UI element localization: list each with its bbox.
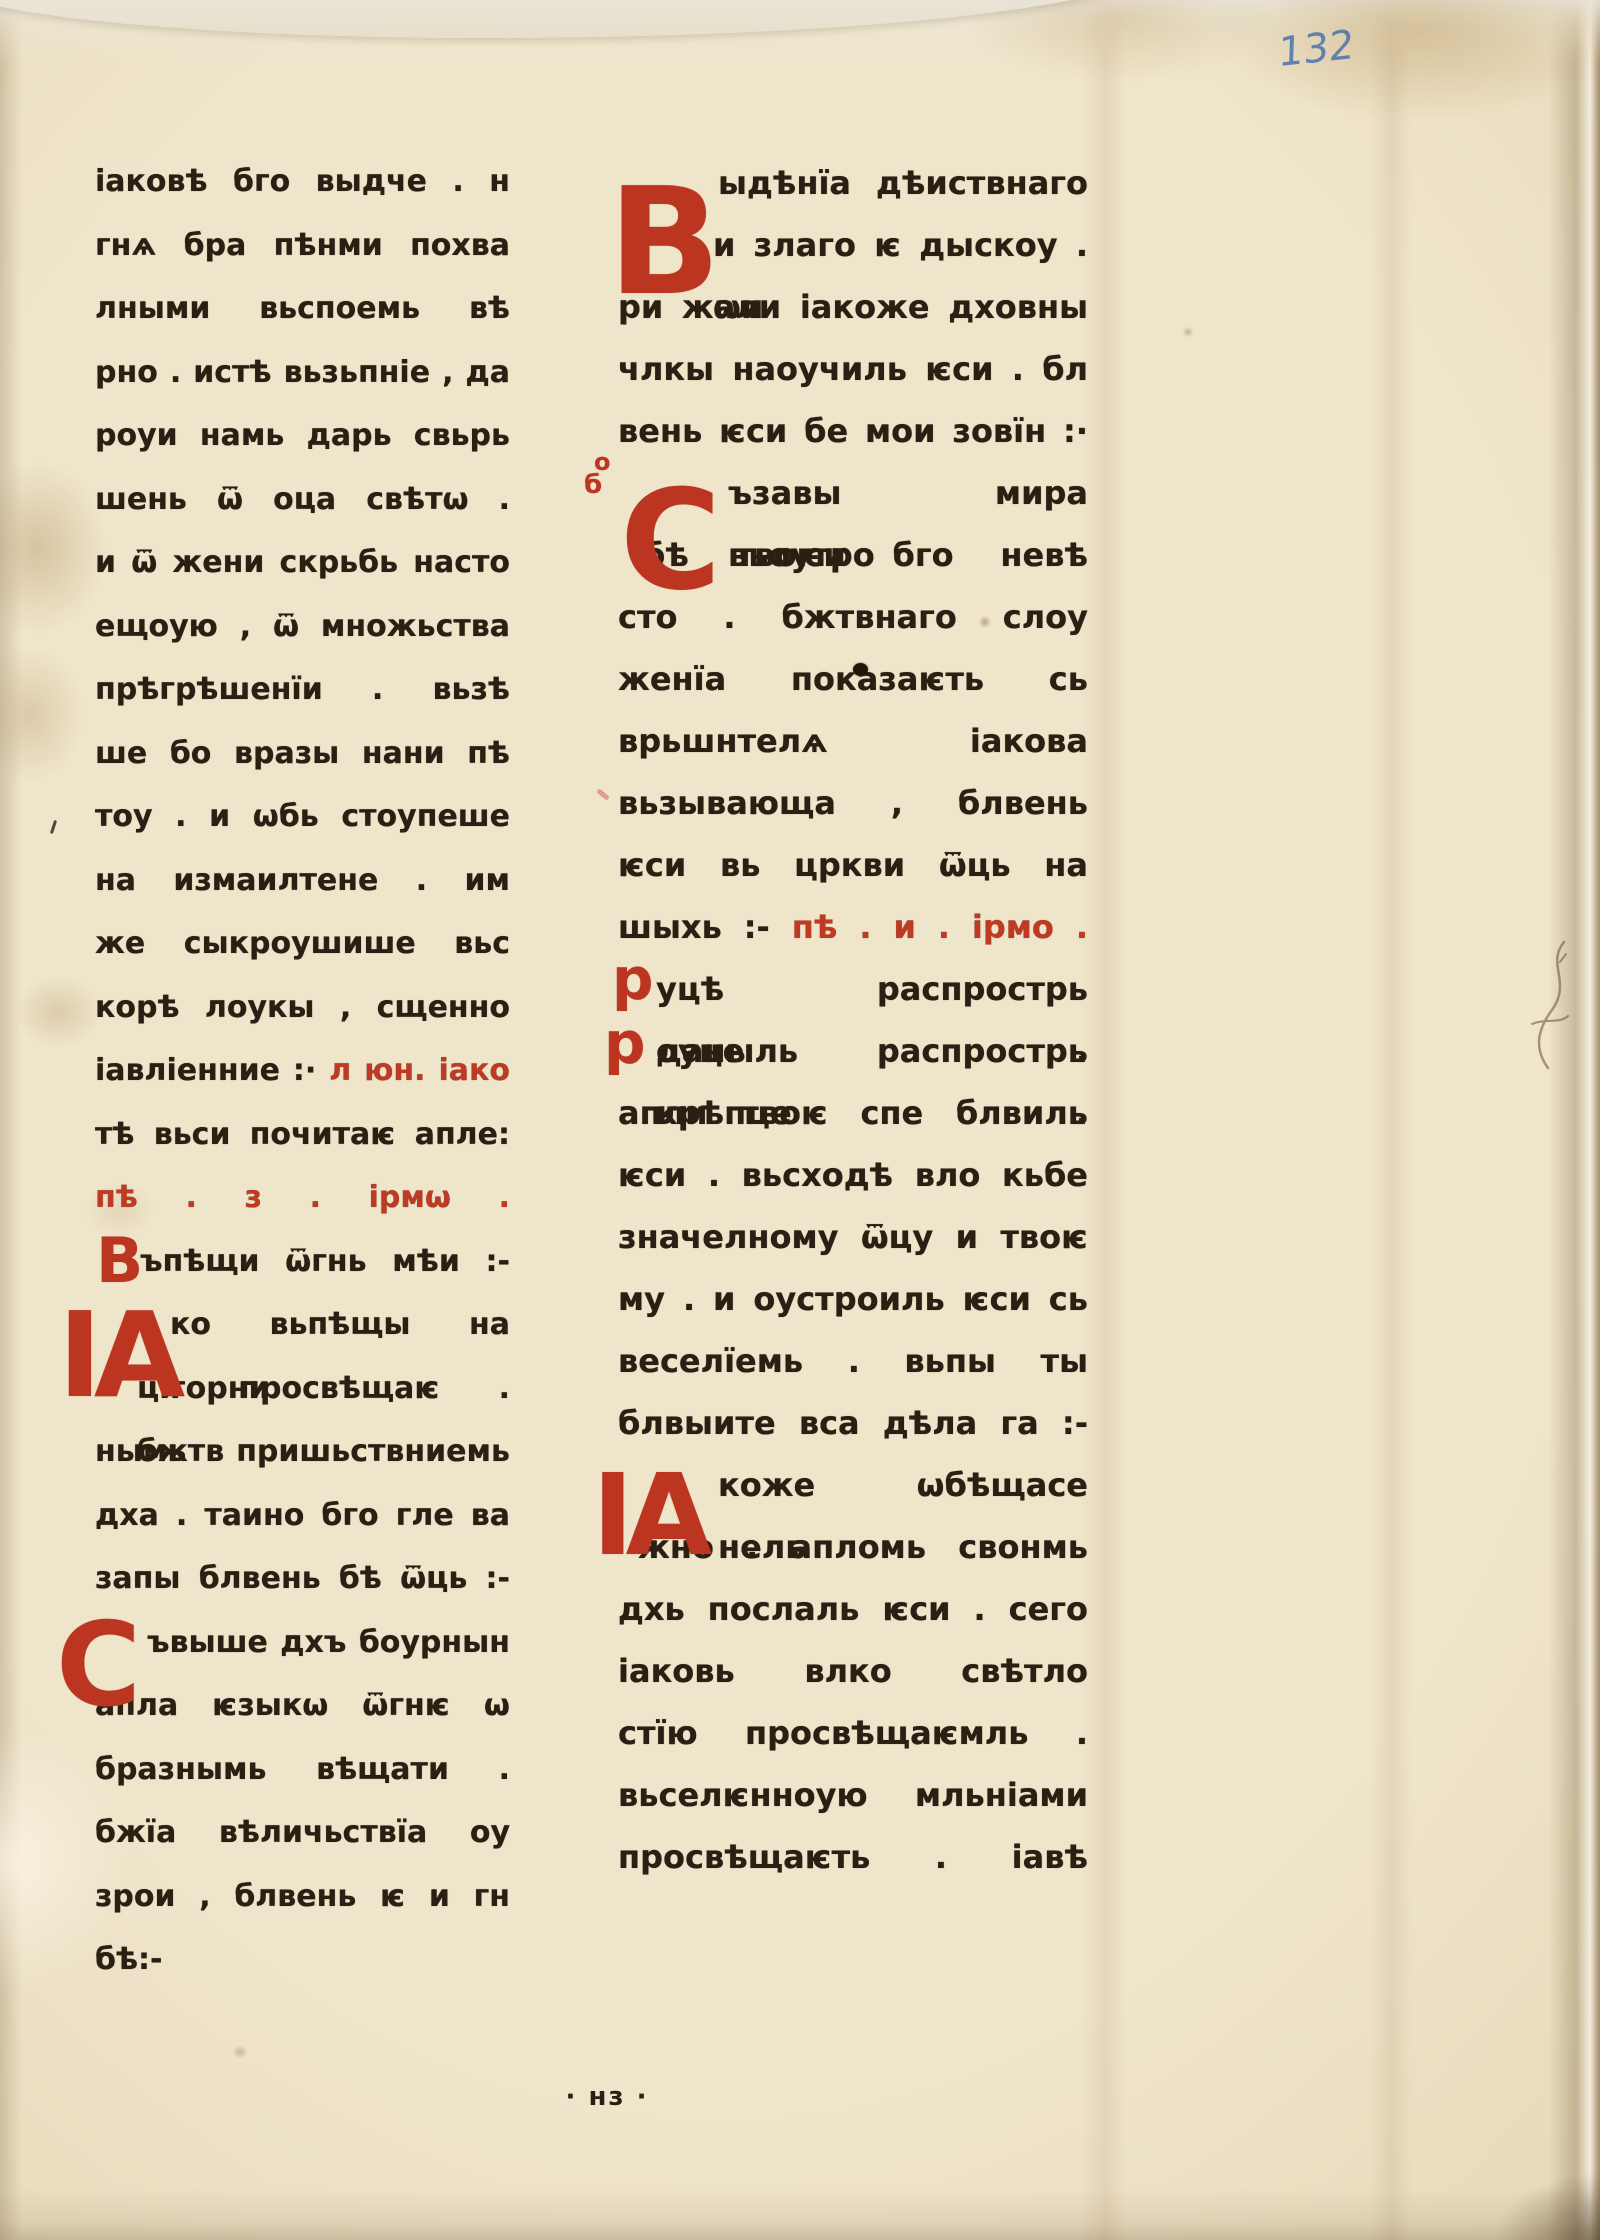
rubric-initial: В bbox=[608, 168, 713, 316]
folio-number: 132 bbox=[1277, 22, 1355, 76]
text-segment: іаковь влко свѣтло bbox=[618, 1652, 1088, 1690]
text-segment: блвыите вса дѣла га :- bbox=[618, 1404, 1088, 1442]
text-segment: члкы наоучиль ѥси . бл bbox=[618, 350, 1088, 388]
text-line: нымь пришьствниемь bbox=[95, 1420, 510, 1484]
text-segment: ещоую , ѿ множьства bbox=[95, 609, 510, 644]
text-segment: стїю просвѣщаѥмль . bbox=[618, 1714, 1088, 1752]
text-line: женїа показаѥть сь bbox=[618, 648, 1088, 710]
text-segment: тѣ вьси почитаѥ апле: bbox=[95, 1117, 510, 1152]
text-segment: нымь пришьствниемь bbox=[95, 1434, 510, 1469]
right-column: ыдѣнїа дѣиствнагои злаго ѥ дыскоу . ѡири… bbox=[618, 152, 1088, 1888]
text-segment: значелному ѿцу и твоѥ bbox=[618, 1218, 1088, 1256]
text-segment: лными вьспоемь вѣ bbox=[95, 291, 510, 326]
text-segment: пѣ . и . ірмо . bbox=[792, 908, 1088, 946]
text-segment: зрои , блвень ѥ и гн бѣ:- bbox=[95, 1879, 510, 1978]
text-segment: просвѣщаѥть . іавѣ bbox=[618, 1838, 1088, 1876]
text-segment: тоу . и ѡбь стоупеше bbox=[95, 799, 510, 834]
text-line: дхь послаль ѥси . сего bbox=[618, 1578, 1088, 1640]
text-segment: ѥси . вьсходѣ вло кьбе bbox=[618, 1156, 1088, 1194]
text-segment: ѥси вь цркви ѿць на bbox=[618, 846, 1088, 884]
text-segment: іавліенние :· bbox=[95, 1053, 329, 1088]
text-segment: дхь послаль ѥси . сего bbox=[618, 1590, 1088, 1628]
text-line: ъпѣщи ѿгнь мѣи :- bbox=[95, 1230, 510, 1294]
rubric-initial: о bbox=[594, 450, 603, 474]
text-segment: врьшнтелѧ іакова bbox=[618, 722, 1088, 760]
rubric-initial: В bbox=[96, 1230, 135, 1292]
text-line: же сыкроушише вьс bbox=[95, 912, 510, 976]
text-segment: вьселѥнноую мльніами bbox=[618, 1776, 1088, 1814]
text-segment: рно . истѣ вьзьпніе , да bbox=[95, 355, 510, 390]
text-line: веселїемь . вьпы ты bbox=[618, 1330, 1088, 1392]
text-line: члкы наоучиль ѥси . бл bbox=[618, 338, 1088, 400]
rubric-initial: С bbox=[620, 472, 713, 610]
text-segment: ше бо вразы нани пѣ bbox=[95, 736, 510, 771]
text-segment: и ѿ жени скрьбь насто bbox=[95, 545, 510, 580]
text-segment: вень ѥси бе мои зовїн :· bbox=[618, 412, 1088, 450]
text-line: шень ѿ оца свѣтѡ . bbox=[95, 468, 510, 532]
text-line: апли твоѥ спе блвиль bbox=[618, 1082, 1088, 1144]
text-segment: жно . апломь свонмь bbox=[638, 1528, 1088, 1566]
text-segment: пѣ . з . ірмѡ . bbox=[95, 1180, 510, 1215]
text-line: му . и оустроиль ѥси сь bbox=[618, 1268, 1088, 1330]
text-line: корѣ лоукы , сщенно bbox=[95, 976, 510, 1040]
rubric-initial: р bbox=[612, 950, 646, 1008]
text-line: апла ѥзыкѡ ѿгнѥ ѡ bbox=[95, 1674, 510, 1738]
text-segment: роуи намь дарь свьрь bbox=[95, 418, 510, 453]
text-segment: ыдѣнїа дѣиствнаго bbox=[718, 164, 1088, 202]
text-line: зрои , блвень ѥ и гн бѣ:- bbox=[95, 1865, 510, 1929]
text-line: стїю просвѣщаѥмль . bbox=[618, 1702, 1088, 1764]
text-segment: корѣ лоукы , сщенно bbox=[95, 990, 510, 1025]
text-line: на измаилтене . им bbox=[95, 849, 510, 913]
text-segment: л юн. іако bbox=[329, 1053, 510, 1088]
text-line: лными вьспоемь вѣ bbox=[95, 277, 510, 341]
text-line: уцѣ распрострь даныль . bbox=[618, 958, 1088, 1020]
text-line: бжїа вѣличьствїа оу bbox=[95, 1801, 510, 1865]
text-line: ещоую , ѿ множьства bbox=[95, 595, 510, 659]
text-segment: веселїемь . вьпы ты bbox=[618, 1342, 1088, 1380]
text-line: ѥси вь цркви ѿць на bbox=[618, 834, 1088, 896]
text-line: врьшнтелѧ іакова bbox=[618, 710, 1088, 772]
text-line: прѣгрѣшенїи . вьзѣ bbox=[95, 658, 510, 722]
rubric-initial: С bbox=[56, 1608, 133, 1724]
text-segment: апли твоѥ спе блвиль bbox=[618, 1094, 1088, 1132]
rubric-initial: р bbox=[604, 1014, 638, 1072]
text-segment: прѣгрѣшенїи . вьзѣ bbox=[95, 672, 510, 707]
manuscript-photo: 132 іаковѣ бго выдче . нгнѧ бра пѣнми по… bbox=[0, 0, 1600, 2240]
parchment-page: 132 іаковѣ бго выдче . нгнѧ бра пѣнми по… bbox=[0, 0, 1600, 2240]
text-line: вень ѥси бе мои зовїн :· bbox=[618, 400, 1088, 462]
text-segment: дха . таино бго гле ва bbox=[95, 1498, 510, 1533]
text-segment: вьзывающа , блвень bbox=[618, 784, 1088, 822]
text-segment: му . и оустроиль ѥси сь bbox=[618, 1280, 1088, 1318]
text-line: шыхь :- пѣ . и . ірмо . bbox=[618, 896, 1088, 958]
page-top-edge bbox=[0, 0, 1150, 38]
ink-blot bbox=[853, 663, 868, 676]
rubric-initial: ІА bbox=[58, 1296, 177, 1414]
text-line: пѣ . з . ірмѡ . bbox=[95, 1166, 510, 1230]
rubric-initial: б bbox=[584, 472, 594, 498]
text-line: значелному ѿцу и твоѥ bbox=[618, 1206, 1088, 1268]
text-line: рно . истѣ вьзьпніе , да bbox=[95, 341, 510, 405]
text-line: вьзывающа , блвень bbox=[618, 772, 1088, 834]
text-line: іаковь влко свѣтло bbox=[618, 1640, 1088, 1702]
text-line: роуи намь дарь свьрь bbox=[95, 404, 510, 468]
text-segment: же сыкроушише вьс bbox=[95, 926, 510, 961]
text-segment: запы блвень бѣ ѿць :- bbox=[95, 1561, 510, 1596]
margin-pen-mark bbox=[50, 820, 57, 834]
text-line: просвѣщаѥть . іавѣ bbox=[618, 1826, 1088, 1888]
quire-signature: · нз · bbox=[552, 2082, 662, 2112]
text-segment: шень ѿ оца свѣтѡ . bbox=[95, 482, 510, 517]
text-line: вьселѥнноую мльніами bbox=[618, 1764, 1088, 1826]
text-line: оуце распрострь крѣпце . bbox=[618, 1020, 1088, 1082]
text-line: ъвыше дхъ боурнын . bbox=[95, 1611, 510, 1675]
text-segment: на измаилтене . им bbox=[95, 863, 510, 898]
margin-scribble bbox=[1502, 928, 1582, 1078]
text-segment: бжїа вѣличьствїа оу bbox=[95, 1815, 510, 1850]
text-line: запы блвень бѣ ѿць :- bbox=[95, 1547, 510, 1611]
red-ink-smudge bbox=[596, 788, 610, 801]
text-line: гнѧ бра пѣнми похва bbox=[95, 214, 510, 278]
rubric-initial: ІА bbox=[592, 1460, 704, 1572]
text-line: ше бо вразы нани пѣ bbox=[95, 722, 510, 786]
text-segment: іаковѣ бго выдче . н bbox=[95, 164, 510, 199]
text-line: бразнымь вѣщати . bbox=[95, 1738, 510, 1802]
text-line: тоу . и ѡбь стоупеше bbox=[95, 785, 510, 849]
text-line: блвыите вса дѣла га :- bbox=[618, 1392, 1088, 1454]
text-line: іавліенние :· л юн. іако bbox=[95, 1039, 510, 1103]
text-line: іаковѣ бго выдче . н bbox=[95, 150, 510, 214]
text-segment: бразнымь вѣщати . bbox=[95, 1752, 510, 1787]
text-line: ѥси . вьсходѣ вло кьбе bbox=[618, 1144, 1088, 1206]
text-segment: ъпѣщи ѿгнь мѣи :- bbox=[140, 1244, 510, 1279]
text-segment: гнѧ бра пѣнми похва bbox=[95, 228, 510, 263]
text-line: тѣ вьси почитаѥ апле: bbox=[95, 1103, 510, 1167]
text-line: дха . таино бго гле ва bbox=[95, 1484, 510, 1548]
text-segment: апла ѥзыкѡ ѿгнѥ ѡ bbox=[95, 1688, 510, 1723]
text-segment: шыхь :- bbox=[618, 908, 792, 946]
left-column: іаковѣ бго выдче . нгнѧ бра пѣнми похвал… bbox=[95, 150, 510, 1928]
text-line: и ѿ жени скрьбь насто bbox=[95, 531, 510, 595]
